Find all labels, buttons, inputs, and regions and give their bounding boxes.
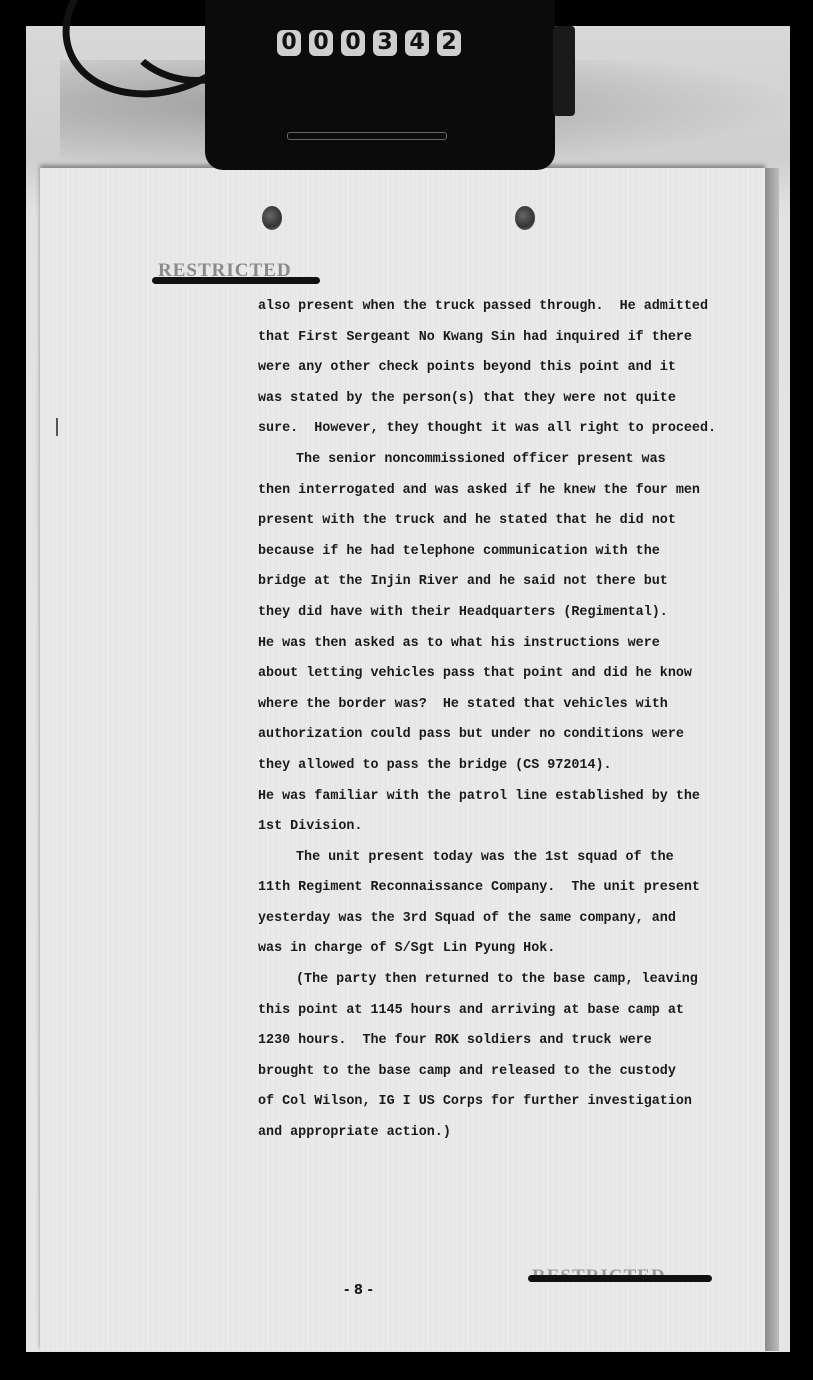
text-line: The senior noncommissioned officer prese… xyxy=(258,445,708,476)
footer-stamp-strikethrough xyxy=(528,1275,712,1282)
text-line: bridge at the Injin River and he said no… xyxy=(258,567,708,598)
frame-counter-digits: 0 0 0 3 4 2 xyxy=(277,30,461,56)
text-line: this point at 1145 hours and arriving at… xyxy=(258,996,708,1027)
counter-slot xyxy=(287,132,447,140)
text-line: 1st Division. xyxy=(258,812,708,843)
text-line: 1230 hours. The four ROK soldiers and tr… xyxy=(258,1026,708,1057)
text-line: was in charge of S/Sgt Lin Pyung Hok. xyxy=(258,934,708,965)
text-line: of Col Wilson, IG I US Corps for further… xyxy=(258,1087,708,1118)
header-stamp-strikethrough xyxy=(152,277,320,284)
counter-digit: 0 xyxy=(309,30,333,56)
text-line: were any other check points beyond this … xyxy=(258,353,708,384)
text-line: present with the truck and he stated tha… xyxy=(258,506,708,537)
counter-digit: 0 xyxy=(277,30,301,56)
text-line: they allowed to pass the bridge (CS 9720… xyxy=(258,751,708,782)
text-line: He was then asked as to what his instruc… xyxy=(258,629,708,660)
text-line: then interrogated and was asked if he kn… xyxy=(258,476,708,507)
text-line: He was familiar with the patrol line est… xyxy=(258,782,708,813)
text-line: because if he had telephone communicatio… xyxy=(258,537,708,568)
text-line: was stated by the person(s) that they we… xyxy=(258,384,708,415)
text-line: brought to the base camp and released to… xyxy=(258,1057,708,1088)
document-body: also present when the truck passed throu… xyxy=(258,292,708,1149)
counter-digit: 3 xyxy=(373,30,397,56)
punch-hole-icon xyxy=(515,206,535,230)
punch-hole-icon xyxy=(262,206,282,230)
counter-knob xyxy=(553,26,575,116)
text-line: 11th Regiment Reconnaissance Company. Th… xyxy=(258,873,708,904)
text-line: also present when the truck passed throu… xyxy=(258,292,708,323)
text-line: sure. However, they thought it was all r… xyxy=(258,414,708,445)
page-edge xyxy=(765,168,779,1351)
text-line: they did have with their Headquarters (R… xyxy=(258,598,708,629)
text-line: The unit present today was the 1st squad… xyxy=(258,843,708,874)
page-number: - 8 - xyxy=(344,1283,373,1298)
counter-digit: 4 xyxy=(405,30,429,56)
text-line: (The party then returned to the base cam… xyxy=(258,965,708,996)
counter-digit: 0 xyxy=(341,30,365,56)
text-line: where the border was? He stated that veh… xyxy=(258,690,708,721)
text-line: and appropriate action.) xyxy=(258,1118,708,1149)
text-line: yesterday was the 3rd Squad of the same … xyxy=(258,904,708,935)
counter-digit: 2 xyxy=(437,30,461,56)
frame-counter-device: 0 0 0 3 4 2 xyxy=(205,0,555,170)
text-line: authorization could pass but under no co… xyxy=(258,720,708,751)
text-line: that First Sergeant No Kwang Sin had inq… xyxy=(258,323,708,354)
margin-mark xyxy=(56,418,58,436)
text-line: about letting vehicles pass that point a… xyxy=(258,659,708,690)
